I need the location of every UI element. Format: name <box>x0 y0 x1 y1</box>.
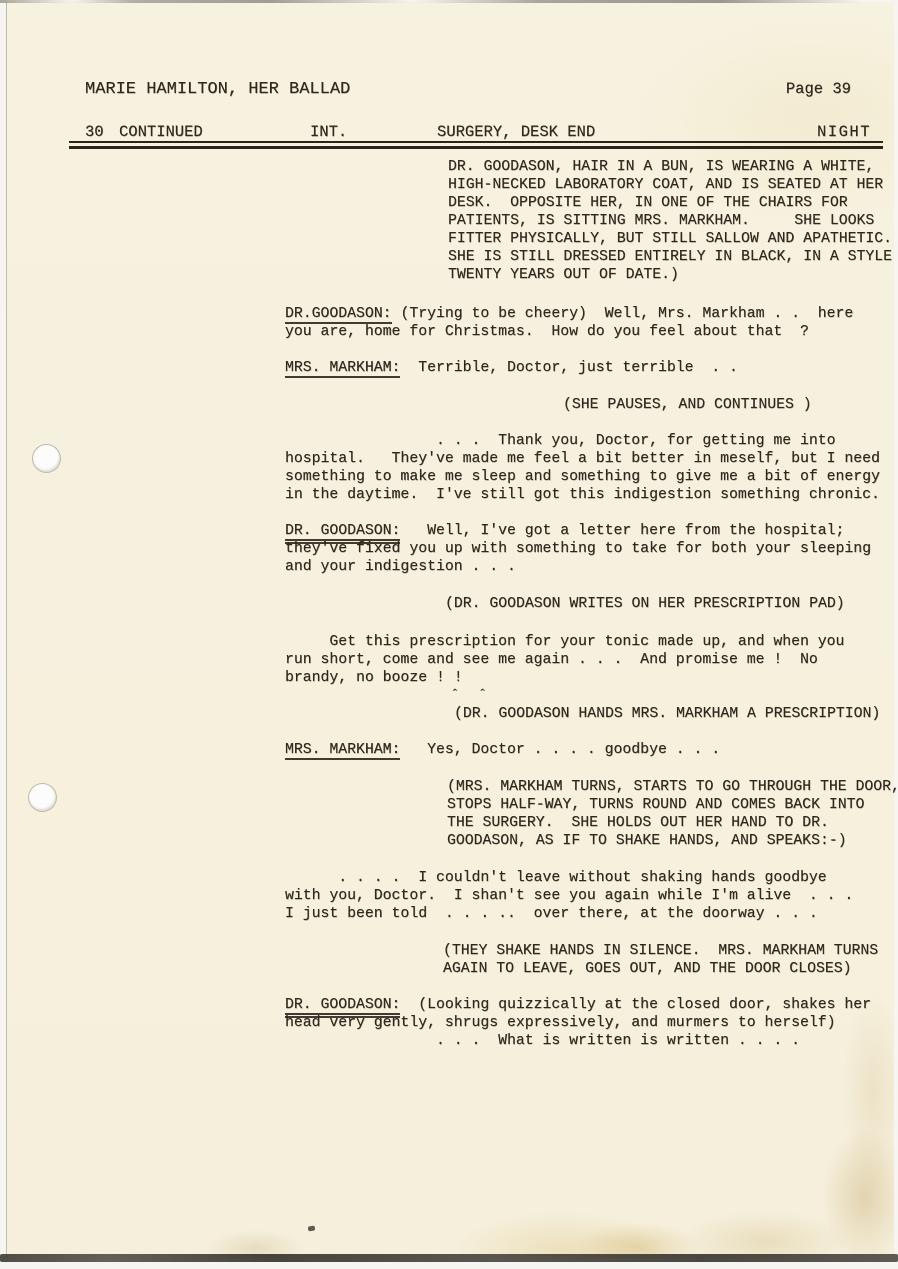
dialogue-text: (Looking quizzically at the closed door,… <box>400 997 871 1013</box>
script-line: FITTER PHYSICALLY, BUT STILL SALLOW AND … <box>448 230 892 248</box>
dialogue-text: Yes, Doctor . . . . goodbye . . . <box>400 742 720 758</box>
script-line: I just been told . . . .. over there, at… <box>285 905 853 923</box>
scene-heading-rule <box>69 141 883 149</box>
script-line: brandy, no booze ! ! <box>285 669 844 687</box>
typewriter-correction-marks: ˆ ˆ <box>451 689 492 701</box>
script-title: MARIE HAMILTON, HER BALLAD <box>85 80 350 100</box>
script-line: MRS. MARKHAM: Yes, Doctor . . . . goodby… <box>285 741 720 759</box>
script-line: SHE IS STILL DRESSED ENTIRELY IN BLACK, … <box>448 248 892 266</box>
dialogue-goodason-3: Get this prescription for your tonic mad… <box>285 633 844 687</box>
script-line: MRS. MARKHAM: Terrible, Doctor, just ter… <box>285 359 738 377</box>
script-line: DESK. OPPOSITE HER, IN ONE OF THE CHAIRS… <box>448 194 892 212</box>
stage-direction-hands: (DR. GOODASON HANDS MRS. MARKHAM A PRESC… <box>454 705 880 723</box>
scan-edge-bottom <box>0 1254 898 1262</box>
script-line: PATIENTS, IS SITTING MRS. MARKHAM. SHE L… <box>448 212 892 230</box>
dialogue-goodason-2: DR. GOODASON: Well, I've got a letter he… <box>285 522 871 576</box>
character-name: DR.GOODASON: <box>285 306 392 324</box>
punch-hole <box>33 445 60 472</box>
stage-direction-turns: (MRS. MARKHAM TURNS, STARTS TO GO THROUG… <box>447 778 898 850</box>
script-line: hospital. They've made me feel a bit bet… <box>285 450 880 468</box>
paper-sheet: MARIE HAMILTON, HER BALLAD Page 39 30 CO… <box>7 2 894 1258</box>
script-line: (MRS. MARKHAM TURNS, STARTS TO GO THROUG… <box>447 778 898 796</box>
script-line: and your indigestion . . . <box>285 558 871 576</box>
script-line: in the daytime. I've still got this indi… <box>285 486 880 504</box>
stage-direction-pause: (SHE PAUSES, AND CONTINUES ) <box>563 396 812 414</box>
scan-edge-top <box>0 0 898 3</box>
script-line: DR.GOODASON: (Trying to be cheery) Well,… <box>285 305 853 323</box>
dialogue-text: Terrible, Doctor, just terrible . . <box>400 360 737 376</box>
script-line: HIGH-NECKED LABORATORY COAT, AND IS SEAT… <box>448 176 892 194</box>
script-line: GOODASON, AS IF TO SHAKE HANDS, AND SPEA… <box>447 832 898 850</box>
scene-continued: CONTINUED <box>119 123 203 141</box>
script-line: . . . What is written is written . . . . <box>285 1032 871 1050</box>
script-line: TWENTY YEARS OUT OF DATE.) <box>448 266 892 284</box>
script-line: something to make me sleep and something… <box>285 468 880 486</box>
scene-interior: INT. <box>310 123 347 141</box>
script-line: STOPS HALF-WAY, TURNS ROUND AND COMES BA… <box>447 796 898 814</box>
script-line: (DR. GOODASON HANDS MRS. MARKHAM A PRESC… <box>454 705 880 723</box>
scene-time: NIGHT <box>817 123 871 141</box>
action-description: DR. GOODASON, HAIR IN A BUN, IS WEARING … <box>448 158 892 284</box>
script-line: . . . Thank you, Doctor, for getting me … <box>285 432 880 450</box>
scene-location: SURGERY, DESK END <box>437 123 595 141</box>
script-line: AGAIN TO LEAVE, GOES OUT, AND THE DOOR C… <box>443 960 878 978</box>
dialogue-text: (Trying to be cheery) Well, Mrs. Markham… <box>392 306 854 322</box>
scene-number: 30 <box>85 123 104 141</box>
character-name: MRS. MARKHAM: <box>285 360 400 378</box>
dialogue-markham-3: . . . . I couldn't leave without shaking… <box>285 869 853 923</box>
stage-direction-writes: (DR. GOODASON WRITES ON HER PRESCRIPTION… <box>445 595 845 613</box>
character-name: MRS. MARKHAM: <box>285 742 400 760</box>
dialogue-goodason-1: DR.GOODASON: (Trying to be cheery) Well,… <box>285 305 853 341</box>
script-line: head very gently, shrugs expressively, a… <box>285 1014 871 1032</box>
script-line: run short, come and see me again . . . A… <box>285 651 844 669</box>
punch-hole <box>29 784 56 811</box>
script-line: (THEY SHAKE HANDS IN SILENCE. MRS. MARKH… <box>443 942 878 960</box>
script-line: DR. GOODASON: Well, I've got a letter he… <box>285 522 871 540</box>
stage-direction-shake: (THEY SHAKE HANDS IN SILENCE. MRS. MARKH… <box>443 942 878 978</box>
script-line: Get this prescription for your tonic mad… <box>285 633 844 651</box>
dialogue-goodason-4: DR. GOODASON: (Looking quizzically at th… <box>285 996 871 1050</box>
page-header: MARIE HAMILTON, HER BALLAD Page 39 <box>85 79 851 100</box>
script-line: DR. GOODASON, HAIR IN A BUN, IS WEARING … <box>448 158 892 176</box>
script-line: (DR. GOODASON WRITES ON HER PRESCRIPTION… <box>445 595 845 613</box>
script-line: (SHE PAUSES, AND CONTINUES ) <box>563 396 812 414</box>
dialogue-markham-1: MRS. MARKHAM: Terrible, Doctor, just ter… <box>285 359 738 377</box>
script-line: they've fixed you up with something to t… <box>285 540 871 558</box>
script-line: you are, home for Christmas. How do you … <box>285 323 853 341</box>
scanned-script-page: MARIE HAMILTON, HER BALLAD Page 39 30 CO… <box>0 0 898 1269</box>
dialogue-markham-2: MRS. MARKHAM: Yes, Doctor . . . . goodby… <box>285 741 720 759</box>
script-line: DR. GOODASON: (Looking quizzically at th… <box>285 996 871 1014</box>
script-line: . . . . I couldn't leave without shaking… <box>285 869 853 887</box>
dialogue-markham-speech: . . . Thank you, Doctor, for getting me … <box>285 432 880 504</box>
script-line: THE SURGERY. SHE HOLDS OUT HER HAND TO D… <box>447 814 898 832</box>
dialogue-text: Well, I've got a letter here from the ho… <box>400 523 844 539</box>
page-number: Page 39 <box>786 79 851 99</box>
scene-heading: 30 CONTINUED INT. SURGERY, DESK END NIGH… <box>7 123 898 141</box>
script-line: with you, Doctor. I shan't see you again… <box>285 887 853 905</box>
